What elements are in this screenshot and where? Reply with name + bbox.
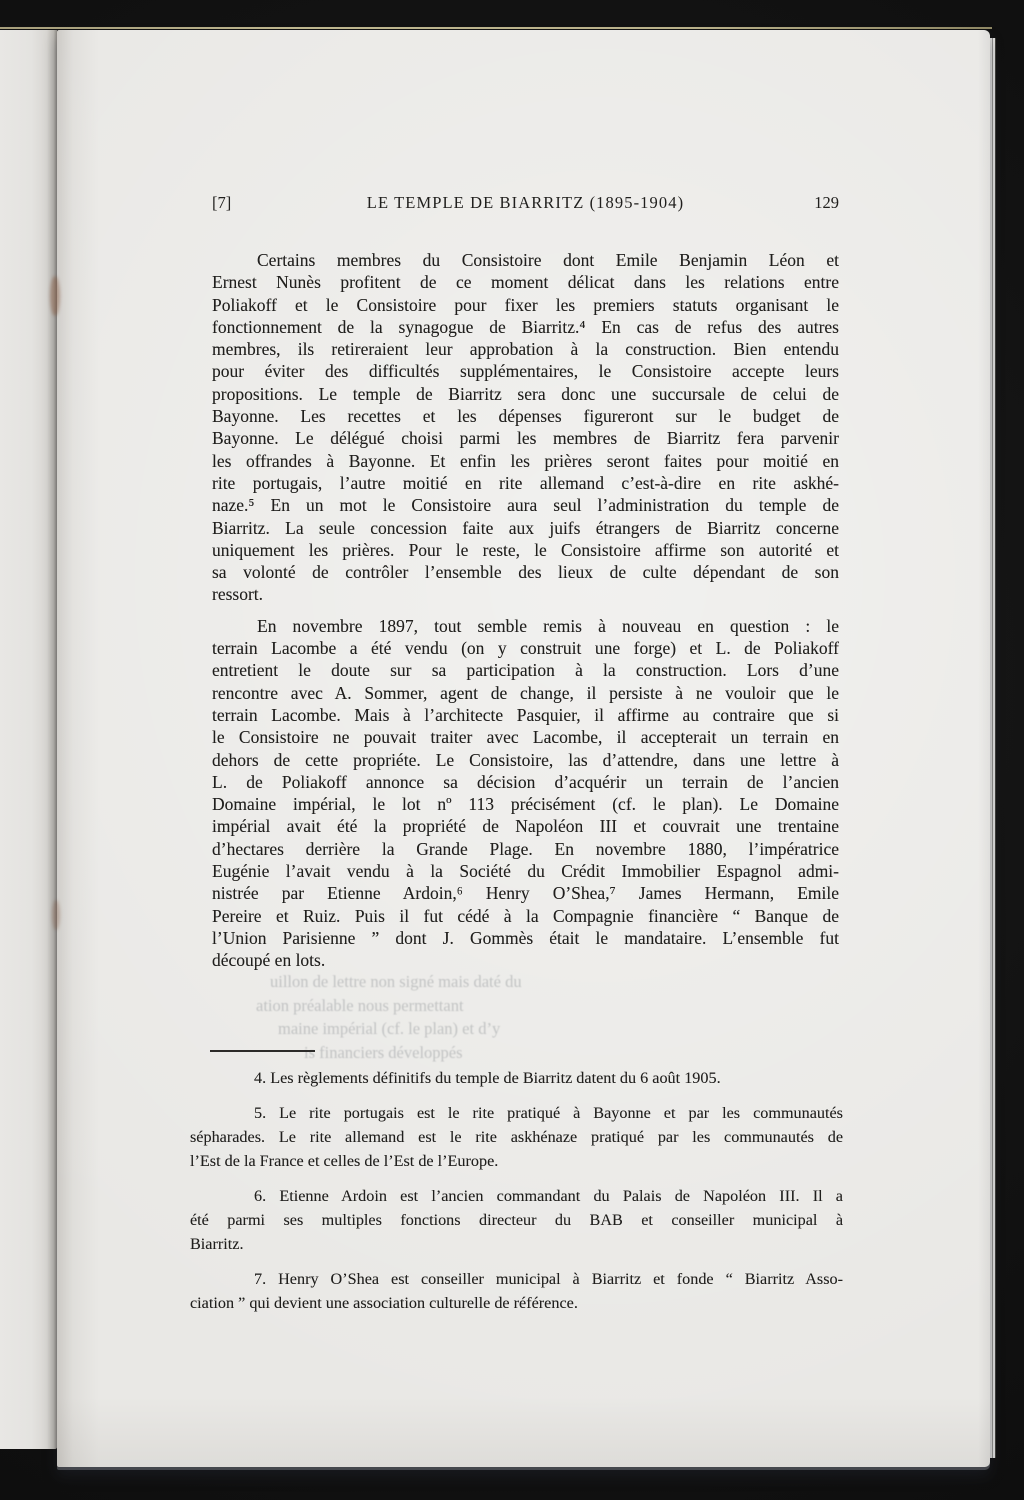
text-line: naze.⁵ En un mot le Consistoire aura seu… <box>212 494 839 516</box>
text-line: Eugénie l’avait vendu à la Société du Cr… <box>212 860 839 882</box>
text-line: Biarritz. La seule concession faite aux … <box>212 517 839 539</box>
text-line: rencontre avec A. Sommer, agent de chang… <box>212 682 839 704</box>
text-line: fonctionnement de la synagogue de Biarri… <box>212 316 839 338</box>
text-line: Certains membres du Consistoire dont Emi… <box>212 249 839 271</box>
text-line: ciation ” qui devient une association cu… <box>190 1291 843 1315</box>
text-line: découpé en lots. <box>212 949 839 971</box>
text-line: entretient le doute sur sa participation… <box>212 659 839 681</box>
text-line: l’Union Parisienne ” dont J. Gommès étai… <box>212 927 839 949</box>
gilt-edge-line <box>0 27 992 29</box>
gutter-stain <box>52 900 60 930</box>
text-line: Biarritz. <box>190 1232 843 1256</box>
paragraph: En novembre 1897, tout semble remis à no… <box>212 615 839 972</box>
text-line: 5. Le rite portugais est le rite pratiqu… <box>190 1101 843 1125</box>
footnote: 6. Etienne Ardoin est l’ancien commandan… <box>190 1184 843 1256</box>
page-content: [7] LE TEMPLE DE BIARRITZ (1895-1904) 12… <box>57 30 990 1467</box>
text-line: membres, ils retireraient leur approbati… <box>212 338 839 360</box>
text-line: is financiers développés <box>304 1041 772 1065</box>
footnote: 4. Les règlements définitifs du temple d… <box>190 1066 843 1090</box>
footnote: 7. Henry O’Shea est conseiller municipal… <box>190 1267 843 1315</box>
text-line: terrain Lacombe a été vendu (on y constr… <box>212 637 839 659</box>
text-line: 4. Les règlements définitifs du temple d… <box>190 1066 843 1090</box>
text-line: Ernest Nunès profitent de ce moment déli… <box>212 271 839 293</box>
facing-page-sliver <box>0 30 57 1449</box>
text-line: L. de Poliakoff annonce sa décision d’ac… <box>212 771 839 793</box>
gutter-stain <box>50 276 60 316</box>
footnote-separator-rule <box>210 1050 315 1052</box>
text-line: Pereire et Ruiz. Puis il fut cédé à la C… <box>212 905 839 927</box>
text-line: uillon de lettre non signé mais daté du <box>270 970 772 994</box>
text-line: sépharades. Le rite allemand est le rite… <box>190 1125 843 1149</box>
text-line: Domaine impérial, le lot nº 113 précisém… <box>212 793 839 815</box>
text-line: le Consistoire ne pouvait traiter avec L… <box>212 726 839 748</box>
text-line: d’hectares derrière la Grande Plage. En … <box>212 838 839 860</box>
text-line: uniquement les prières. Pour le reste, l… <box>212 539 839 561</box>
paragraph: Certains membres du Consistoire dont Emi… <box>212 249 839 606</box>
text-line: pour éviter des difficultés supplémentai… <box>212 360 839 382</box>
text-line: Poliakoff et le Consistoire pour fixer l… <box>212 294 839 316</box>
text-line: nistrée par Etienne Ardoin,⁶ Henry O’She… <box>212 882 839 904</box>
text-line: 7. Henry O’Shea est conseiller municipal… <box>190 1267 843 1291</box>
text-line: Bayonne. Le délégué choisi parmi les mem… <box>212 427 839 449</box>
text-line: l’Est de la France et celles de l’Est de… <box>190 1149 843 1173</box>
page-stack-edges <box>990 38 998 1458</box>
text-line: sa volonté de contrôler l’ensemble des l… <box>212 561 839 583</box>
page-header: [7] LE TEMPLE DE BIARRITZ (1895-1904) 12… <box>212 193 839 215</box>
text-line: En novembre 1897, tout semble remis à no… <box>212 615 839 637</box>
text-line: été parmi ses multiples fonctions direct… <box>190 1208 843 1232</box>
text-line: ation préalable nous permettant <box>256 994 772 1018</box>
footnotes: 4. Les règlements définitifs du temple d… <box>190 1066 843 1326</box>
body-text: Certains membres du Consistoire dont Emi… <box>212 249 839 972</box>
scan-background: [7] LE TEMPLE DE BIARRITZ (1895-1904) 12… <box>0 0 1024 1500</box>
footnote: 5. Le rite portugais est le rite pratiqu… <box>190 1101 843 1173</box>
book-page: [7] LE TEMPLE DE BIARRITZ (1895-1904) 12… <box>57 30 990 1467</box>
text-line: 6. Etienne Ardoin est l’ancien commandan… <box>190 1184 843 1208</box>
text-line: propositions. Le temple de Biarritz sera… <box>212 383 839 405</box>
text-line: dehors de cette propriéte. Le Consistoir… <box>212 749 839 771</box>
folio-page-number: 129 <box>814 193 839 213</box>
text-line: terrain Lacombe. Mais à l’architecte Pas… <box>212 704 839 726</box>
text-line: maine impérial (cf. le plan) et d’y <box>278 1017 772 1041</box>
text-line: ressort. <box>212 583 839 605</box>
text-line: impérial avait été la propriété de Napol… <box>212 815 839 837</box>
text-line: les offrandes à Bayonne. Et enfin les pr… <box>212 450 839 472</box>
text-line: Bayonne. Les recettes et les dépenses fi… <box>212 405 839 427</box>
text-line: rite portugais, l’autre moitié en rite a… <box>212 472 839 494</box>
running-title: LE TEMPLE DE BIARRITZ (1895-1904) <box>212 193 839 213</box>
